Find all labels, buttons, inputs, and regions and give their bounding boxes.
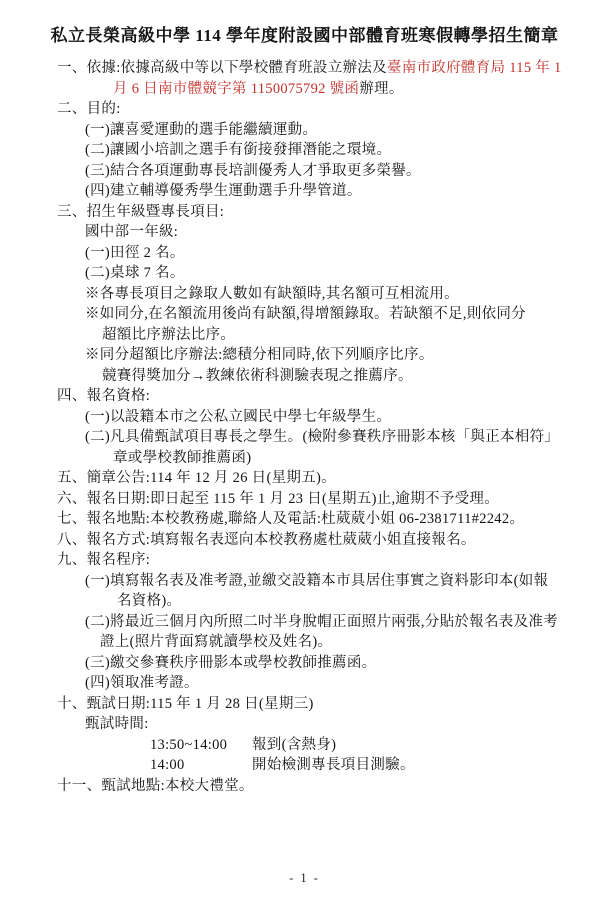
document-page: 私立長榮高級中學 114 學年度附設國中部體育班寒假轉學招生簡章 一、依據:依據… xyxy=(0,0,609,900)
doc-line: 七、報名地點:本校教務處,聯絡人及電話:杜葳葳小姐 06-2381711#224… xyxy=(0,509,609,530)
doc-line: ※各專長項目之錄取人數如有缺額時,其名額可互相流用。 xyxy=(0,284,609,305)
doc-title: 私立長榮高級中學 114 學年度附設國中部體育班寒假轉學招生簡章 xyxy=(0,0,609,48)
doc-line: ※如同分,在名額流用後尚有缺額,得增額錄取。若缺額不足,則依同分 xyxy=(0,304,609,325)
schedule-row: 14:00開始檢測專長項目測驗。 xyxy=(0,755,609,776)
doc-line: (一)田徑 2 名。 xyxy=(0,243,609,264)
doc-line: 月 6 日南市體競字第 1150075792 號函辦理。 xyxy=(0,79,609,100)
doc-line: (一)以設籍本市之公私立國民中學七年級學生。 xyxy=(0,407,609,428)
doc-text: 一、依據:依據高級中等以下學校體育班設立辦法及 xyxy=(57,60,387,76)
doc-line: 名資格)。 xyxy=(0,591,609,612)
doc-line: 十一、甄試地點:本校大禮堂。 xyxy=(0,776,609,797)
doc-line: 五、簡章公告:114 年 12 月 26 日(星期五)。 xyxy=(0,468,609,489)
page-number: - 1 - xyxy=(0,871,609,886)
doc-line: 六、報名日期:即日起至 115 年 1 月 23 日(星期五)止,逾期不予受理。 xyxy=(0,489,609,510)
doc-line: 一、依據:依據高級中等以下學校體育班設立辦法及臺南市政府體育局 115 年 1 xyxy=(0,58,609,79)
doc-line: (四)領取准考證。 xyxy=(0,673,609,694)
doc-line: 超額比序辦法比序。 xyxy=(0,325,609,346)
doc-line: 章或學校教師推薦函) xyxy=(0,448,609,469)
doc-line: (一)讓喜愛運動的選手能繼續運動。 xyxy=(0,120,609,141)
doc-line: 國中部一年級: xyxy=(0,222,609,243)
schedule-time: 14:00 xyxy=(150,755,252,776)
schedule-time: 13:50~14:00 xyxy=(150,735,252,756)
schedule-activity: 開始檢測專長項目測驗。 xyxy=(252,757,415,773)
doc-line: (二)讓國小培訓之選手有銜接發揮潛能之環境。 xyxy=(0,140,609,161)
doc-line: 競賽得獎加分→教練依術科測驗表現之推薦序。 xyxy=(0,366,609,387)
doc-body: 一、依據:依據高級中等以下學校體育班設立辦法及臺南市政府體育局 115 年 1 … xyxy=(0,58,609,796)
doc-line: 四、報名資格: xyxy=(0,386,609,407)
doc-line: 甄試時間: xyxy=(0,714,609,735)
doc-line: (二)將最近三個月內所照二吋半身脫帽正面照片兩張,分貼於報名表及准考 xyxy=(0,612,609,633)
doc-line: 八、報名方式:填寫報名表逕向本校教務處杜葳葳小姐直接報名。 xyxy=(0,530,609,551)
doc-line: 證上(照片背面寫就讀學校及姓名)。 xyxy=(0,632,609,653)
doc-line: (四)建立輔導優秀學生運動選手升學管道。 xyxy=(0,181,609,202)
schedule-row: 13:50~14:00報到(含熱身) xyxy=(0,735,609,756)
doc-text: 辦理。 xyxy=(359,81,403,97)
doc-line: (一)填寫報名表及准考證,並繳交設籍本市具居住事實之資料影印本(如報 xyxy=(0,571,609,592)
schedule-activity: 報到(含熱身) xyxy=(252,737,336,753)
accent-text: 月 6 日南市體競字第 1150075792 號函 xyxy=(113,81,359,97)
doc-line: 三、招生年級暨專長項目: xyxy=(0,202,609,223)
doc-line: 二、目的: xyxy=(0,99,609,120)
doc-line: (二)凡具備甄試項目專長之學生。(檢附參賽秩序冊影本核「與正本相符」 xyxy=(0,427,609,448)
doc-line: 九、報名程序: xyxy=(0,550,609,571)
doc-line: (三)繳交參賽秩序冊影本或學校教師推薦函。 xyxy=(0,653,609,674)
doc-line: 十、甄試日期:115 年 1 月 28 日(星期三) xyxy=(0,694,609,715)
doc-line: (二)桌球 7 名。 xyxy=(0,263,609,284)
doc-line: ※同分超額比序辦法:總積分相同時,依下列順序比序。 xyxy=(0,345,609,366)
doc-line: (三)結合各項運動專長培訓優秀人才爭取更多榮譽。 xyxy=(0,161,609,182)
accent-text: 臺南市政府體育局 115 年 1 xyxy=(387,60,562,76)
